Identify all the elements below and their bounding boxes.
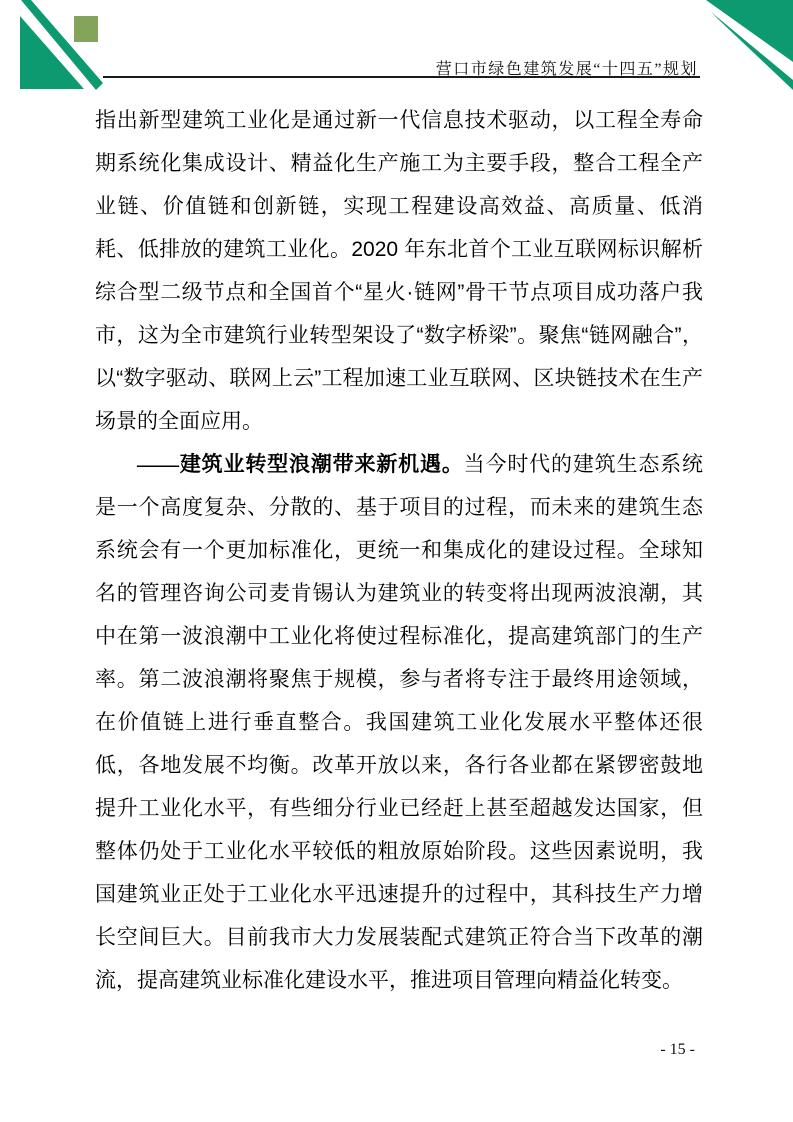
page-number: - 15 - bbox=[95, 1041, 695, 1059]
corner-decoration-right-icon bbox=[698, 0, 793, 95]
body-paragraph: 指出新型建筑工业化是通过新一代信息技术驱动，以工程全寿命期系统化集成设计、精益化… bbox=[95, 99, 703, 443]
body-text: 指出新型建筑工业化是通过新一代信息技术驱动，以工程全寿命期系统化集成设计、精益化… bbox=[95, 99, 703, 1002]
paragraph-text: 指出新型建筑工业化是通过新一代信息技术驱动，以工程全寿命期系统化集成设计、精益化… bbox=[95, 109, 703, 433]
square-shape bbox=[74, 16, 98, 42]
triangle-shape bbox=[706, 0, 793, 62]
corner-decoration-left-icon bbox=[0, 0, 110, 95]
paragraph-lead: ——建筑业转型浪潮带来新机遇。 bbox=[137, 452, 464, 476]
body-paragraph: ——建筑业转型浪潮带来新机遇。当今时代的建筑生态系统是一个高度复杂、分散的、基于… bbox=[95, 443, 703, 1002]
document-page: 营口市绿色建筑发展“十四五”规划 指出新型建筑工业化是通过新一代信息技术驱动，以… bbox=[0, 0, 793, 1122]
header-rule bbox=[103, 76, 700, 78]
olive-square-decoration bbox=[74, 16, 98, 42]
paragraph-text: 当今时代的建筑生态系统是一个高度复杂、分散的、基于项目的过程，而未来的建筑生态系… bbox=[95, 453, 703, 992]
